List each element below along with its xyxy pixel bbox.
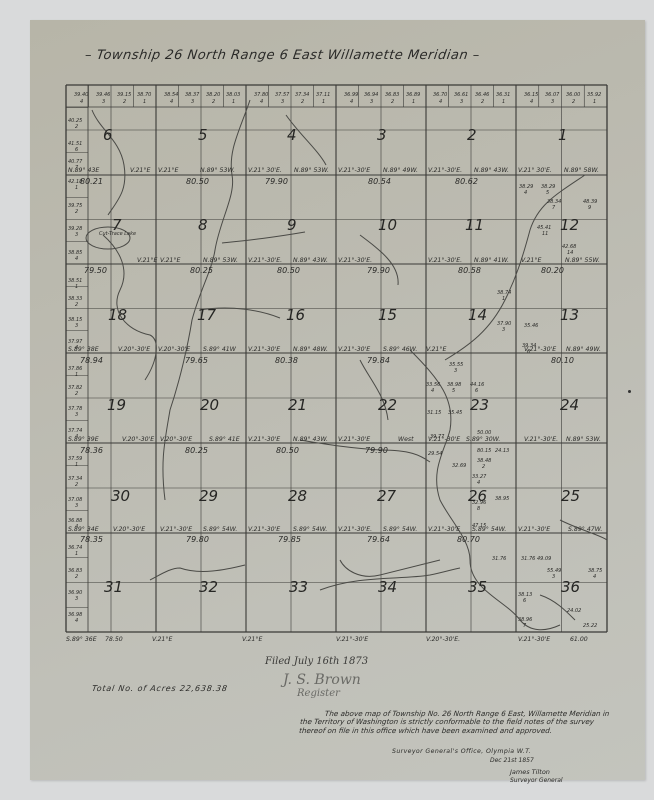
- lot-number: 2: [572, 99, 575, 105]
- river-lot-acreage: 31.15: [427, 410, 441, 416]
- lot-number: 1: [502, 99, 505, 105]
- pin-hole: [628, 390, 631, 393]
- lot-number: 4: [350, 99, 353, 105]
- section-number-32: 32: [199, 578, 218, 596]
- river-lot-number: 7: [552, 205, 556, 211]
- section-acreage: 79.50: [84, 266, 107, 275]
- line-bearing: V.21° 30'E.: [248, 166, 282, 174]
- line-bearing: N.89° 55W.: [565, 256, 600, 264]
- section-number-9: 9: [287, 216, 297, 234]
- lot-number: 3: [370, 99, 373, 105]
- line-bearing: V.20°-30'E: [158, 345, 190, 353]
- section-number-2: 2: [467, 126, 477, 144]
- line-bearing: V.21°-30'E: [338, 435, 370, 443]
- lot-number: 1: [232, 99, 235, 105]
- line-bearing: V.21°-30'E: [248, 525, 280, 533]
- lot-acreage: 36.61: [454, 92, 468, 98]
- lot-number: 1: [412, 99, 415, 105]
- lot-number: 1: [75, 284, 78, 290]
- line-bearing: N.89° 53W.: [200, 166, 235, 174]
- section-number-29: 29: [199, 487, 218, 505]
- section-acreage: 78.94: [80, 356, 103, 365]
- section-acreage: 78.35: [80, 535, 103, 544]
- section-acreage: 80.62: [455, 177, 478, 186]
- line-bearing: V.21°-30'E.: [524, 435, 558, 443]
- river-lot-acreage: 31.76: [521, 556, 535, 562]
- surveyor-general-name: James Tilton: [510, 768, 550, 776]
- section-number-16: 16: [286, 306, 305, 324]
- surveyor-office: Surveyor General's Office, Olympia W.T.: [392, 748, 531, 755]
- river-lot-number: 6: [527, 349, 530, 355]
- section-acreage: 79.64: [367, 535, 390, 544]
- section-acreage: 79.90: [265, 177, 288, 186]
- section-number-5: 5: [198, 126, 208, 144]
- lot-acreage: 39.15: [117, 92, 131, 98]
- lot-number: 1: [75, 551, 78, 557]
- section-number-25: 25: [561, 487, 580, 505]
- section-acreage: 80.50: [276, 446, 299, 455]
- line-bearing: N.89° 41W.: [474, 256, 509, 264]
- line-bearing: V.21°-30'E: [248, 345, 280, 353]
- section-acreage: 79.90: [367, 266, 390, 275]
- line-bearing: 61.00: [570, 636, 588, 643]
- line-bearing: N.89° 53W.: [294, 166, 329, 174]
- river-lot-number: 3: [502, 327, 505, 333]
- lot-acreage: 36.07: [545, 92, 560, 98]
- section-number-33: 33: [289, 578, 308, 596]
- section-number-34: 34: [378, 578, 397, 596]
- line-bearing: V.20°-30'E: [122, 435, 154, 443]
- lot-acreage: 37.57: [275, 92, 290, 98]
- lot-number: 2: [75, 391, 78, 397]
- lot-number: 4: [530, 99, 533, 105]
- section-acreage: 80.50: [277, 266, 300, 275]
- section-number-15: 15: [378, 306, 397, 324]
- section-number-13: 13: [560, 306, 579, 324]
- section-acreage: 80.20: [541, 266, 564, 275]
- section-number-17: 17: [197, 306, 217, 324]
- line-bearing: N.89° 49W.: [566, 345, 601, 353]
- line-bearing: S.89° 54W.: [293, 525, 327, 533]
- section-number-30: 30: [111, 487, 130, 505]
- line-bearing: V.21°E: [160, 256, 180, 264]
- line-bearing: V.20°-30'E: [113, 525, 145, 533]
- line-bearing: N.89° 53W.: [566, 435, 601, 443]
- line-bearing: V.21°E: [521, 256, 541, 264]
- line-bearing: V.21°-30'E: [338, 166, 370, 174]
- lot-acreage: 36.83: [385, 92, 399, 98]
- line-bearing: V.20°-30'E: [118, 345, 150, 353]
- river-lot-acreage: 32.69: [452, 463, 466, 469]
- certification-text: The above map of Township No. 26 North R…: [299, 710, 612, 735]
- lot-acreage: 37.11: [316, 92, 330, 98]
- section-acreage: 80.25: [190, 266, 213, 275]
- line-bearing: V.21°E: [137, 256, 157, 264]
- lot-number: 2: [301, 99, 304, 105]
- lot-number: 6: [75, 147, 78, 153]
- section-number-21: 21: [288, 396, 307, 414]
- line-bearing: V.21°-30'E.: [338, 256, 372, 264]
- lot-number: 3: [75, 503, 78, 509]
- river-lot-acreage: 50.00: [477, 430, 491, 436]
- lot-acreage: 36.15: [524, 92, 538, 98]
- line-bearing: S.89° 46W.: [383, 345, 417, 353]
- line-bearing: V.21°-30'E.: [428, 256, 462, 264]
- filed-date: Filed July 16th 1873: [265, 656, 368, 667]
- line-bearing: V.20°-30'E.: [426, 635, 460, 643]
- lot-number: 1: [322, 99, 325, 105]
- section-acreage: 79.65: [185, 356, 208, 365]
- river-lot-number: 6: [523, 598, 526, 604]
- river-lot-acreage: 24.13: [495, 448, 509, 454]
- lot-acreage: 39.46: [96, 92, 110, 98]
- section-acreage: 80.21: [80, 177, 103, 186]
- line-bearing: N.89° 43W.: [474, 166, 509, 174]
- line-bearing: S.89° 47W.: [568, 525, 602, 533]
- line-bearing: V.21°-30'E: [518, 525, 550, 533]
- lot-acreage: 38.70: [137, 92, 151, 98]
- lot-number: 4: [75, 256, 78, 262]
- lot-number: 2: [75, 574, 78, 580]
- lot-number: 2: [75, 302, 78, 308]
- section-acreage: 80.58: [458, 266, 481, 275]
- lot-acreage: 38.03: [226, 92, 240, 98]
- line-bearing: V.21°-30'E: [248, 435, 280, 443]
- lot-number: 1: [75, 372, 78, 378]
- line-bearing: N.89° 53W.: [203, 256, 238, 264]
- lot-acreage: 37.34: [295, 92, 309, 98]
- lot-acreage: 36.70: [433, 92, 447, 98]
- river-lot-number: 3: [552, 574, 555, 580]
- lot-number: 1: [143, 99, 146, 105]
- section-number-20: 20: [200, 396, 219, 414]
- section-number-12: 12: [560, 216, 579, 234]
- section-number-23: 23: [470, 396, 489, 414]
- lot-number: 2: [212, 99, 215, 105]
- lot-acreage: 38.37: [185, 92, 200, 98]
- section-number-27: 27: [377, 487, 397, 505]
- line-bearing: V.21°E: [426, 345, 446, 353]
- line-bearing: V.21°-30'E: [428, 525, 460, 533]
- lot-number: 2: [123, 99, 126, 105]
- line-bearing: V.21°E: [242, 635, 262, 643]
- lot-number: 2: [75, 124, 78, 130]
- lot-number: 1: [75, 185, 78, 191]
- lot-number: 2: [75, 482, 78, 488]
- section-number-8: 8: [198, 216, 208, 234]
- line-bearing: S.89° 30W.: [466, 435, 500, 443]
- line-bearing: N.89° 43W.: [293, 435, 328, 443]
- section-acreage: 79.85: [278, 535, 301, 544]
- lot-acreage: 35.92: [587, 92, 601, 98]
- lot-number: 4: [75, 618, 78, 624]
- lot-number: 4: [439, 99, 442, 105]
- line-bearing: V.20°-30'E: [160, 435, 192, 443]
- lot-acreage: 36.46: [475, 92, 489, 98]
- line-bearing: N.89° 43W.: [293, 256, 328, 264]
- lot-number: 4: [80, 99, 83, 105]
- section-acreage: 80.50: [186, 177, 209, 186]
- river-lot-number: 1: [502, 296, 505, 302]
- section-acreage: 79.90: [365, 446, 388, 455]
- line-bearing: V.21°E: [152, 635, 172, 643]
- line-bearing: S.89° 38E: [68, 345, 99, 353]
- lot-number: 3: [75, 323, 78, 329]
- lot-number: 2: [391, 99, 394, 105]
- lot-acreage: 36.89: [406, 92, 420, 98]
- lot-acreage: 38.54: [164, 92, 178, 98]
- river-lot-acreage: 80.15: [477, 448, 491, 454]
- section-number-4: 4: [287, 126, 297, 144]
- line-bearing: V.21°-30'E: [160, 525, 192, 533]
- river-lot-number: 6: [475, 388, 478, 394]
- lot-number: 1: [75, 462, 78, 468]
- lot-acreage: 36.31: [496, 92, 510, 98]
- river-lot-number: 4: [477, 480, 480, 486]
- lot-number: 3: [75, 412, 78, 418]
- section-acreage: 80.70: [457, 535, 480, 544]
- line-bearing: V.21°-30'E: [518, 635, 550, 643]
- section-acreage: 80.25: [185, 446, 208, 455]
- section-acreage: 80.54: [368, 177, 391, 186]
- register-signature: J. S. Brown: [283, 672, 361, 688]
- section-number-6: 6: [103, 126, 113, 144]
- river-lot-number: 11: [542, 231, 548, 237]
- section-acreage: 80.38: [275, 356, 298, 365]
- section-acreage: 78.36: [80, 446, 103, 455]
- section-number-1: 1: [558, 126, 568, 144]
- river-lot-acreage: 38.95: [495, 496, 509, 502]
- river-lot-acreage: 31.76: [492, 556, 506, 562]
- section-number-10: 10: [378, 216, 397, 234]
- river-lot-number: 4: [593, 574, 596, 580]
- section-number-36: 36: [561, 578, 580, 596]
- stream-line: [340, 560, 440, 576]
- line-bearing: S.89° 41E: [209, 435, 240, 443]
- lot-number: 2: [481, 99, 484, 105]
- section-number-22: 22: [378, 396, 397, 414]
- river-lot-number: 5: [546, 190, 549, 196]
- surveyor-general-title: Surveyor General: [510, 777, 563, 784]
- line-bearing: S.89° 34E: [68, 525, 99, 533]
- lot-number: 4: [170, 99, 173, 105]
- lot-acreage: 37.80: [254, 92, 268, 98]
- river-lot-number: 9: [588, 205, 591, 211]
- river-lot-acreage: 25.22: [583, 623, 597, 629]
- line-bearing: S.89° 54W.: [383, 525, 417, 533]
- section-number-31: 31: [104, 578, 123, 596]
- section-acreage: 79.84: [367, 356, 390, 365]
- line-bearing: V.21°E: [158, 166, 178, 174]
- section-number-18: 18: [108, 306, 127, 324]
- line-bearing: S.89° 39E: [68, 435, 99, 443]
- lot-acreage: 36.00: [566, 92, 580, 98]
- river-lot-number: 5: [452, 388, 455, 394]
- section-number-28: 28: [288, 487, 307, 505]
- section-acreage: 79.80: [186, 535, 209, 544]
- lot-number: 3: [102, 99, 105, 105]
- lot-number: 1: [593, 99, 596, 105]
- river-lot-number: 2: [482, 464, 485, 470]
- line-bearing: S.89° 41W: [203, 345, 237, 353]
- river-lot-number: 3: [454, 368, 457, 374]
- line-bearing: V.21°-30'E.: [248, 256, 282, 264]
- line-bearing: N.89° 48W.: [293, 345, 328, 353]
- register-title: Register: [297, 688, 340, 699]
- line-bearing: N.89° 49W.: [383, 166, 418, 174]
- river-lot-acreage: 35.46: [524, 323, 538, 329]
- river-lot-acreage: 39.77: [430, 434, 445, 440]
- section-number-35: 35: [468, 578, 487, 596]
- lot-number: 3: [551, 99, 554, 105]
- section-acreage: 80.10: [551, 356, 574, 365]
- section-number-19: 19: [107, 396, 126, 414]
- river-lot-number: 4: [524, 190, 527, 196]
- line-bearing: V.21°-30'E.: [428, 166, 462, 174]
- stream-line: [150, 565, 245, 580]
- line-bearing: S.89° 54W.: [203, 525, 237, 533]
- lot-number: 3: [281, 99, 284, 105]
- certification-date: Dec 21st 1857: [490, 757, 534, 764]
- section-number-14: 14: [468, 306, 487, 324]
- river-lot-number: 4: [431, 388, 434, 394]
- river-lot-acreage: 24.02: [567, 608, 581, 614]
- section-number-3: 3: [377, 126, 387, 144]
- line-bearing: S.89° 36E: [66, 635, 97, 643]
- lot-acreage: 38.20: [206, 92, 220, 98]
- river-lot-acreage: 49.09: [537, 556, 551, 562]
- line-bearing: West: [398, 435, 414, 443]
- line-bearing: V.21°E: [130, 166, 150, 174]
- line-bearing: V.21° 30'E.: [518, 166, 552, 174]
- line-bearing: V.21°-30'E.: [338, 525, 372, 533]
- lot-acreage: 36.94: [364, 92, 378, 98]
- river-lot-acreage: 29.54: [428, 451, 442, 457]
- line-bearing: N.89° 43E: [68, 166, 99, 174]
- river-lot-number: 14: [567, 250, 573, 256]
- line-bearing: V.21°-30'E: [338, 345, 370, 353]
- lot-number: 3: [75, 232, 78, 238]
- total-acres: Total No. of Acres 22,638.38: [91, 684, 228, 693]
- river-lot-number: 8: [477, 506, 480, 512]
- line-bearing: 78.50: [105, 636, 123, 643]
- section-number-11: 11: [465, 216, 484, 234]
- lot-acreage: 36.99: [344, 92, 358, 98]
- lot-number: 4: [260, 99, 263, 105]
- river-lot-acreage: 35.45: [448, 410, 462, 416]
- line-bearing: N.89° 58W.: [564, 166, 599, 174]
- river-lot-acreage: 47.15: [472, 523, 486, 529]
- lot-number: 2: [75, 209, 78, 215]
- lot-number: 3: [460, 99, 463, 105]
- lot-number: 3: [191, 99, 194, 105]
- lot-number: 3: [75, 596, 78, 602]
- lake-label: Cut-Trace Lake: [99, 231, 136, 237]
- lot-acreage: 39.40: [74, 92, 88, 98]
- line-bearing: V.21°-30'E: [336, 635, 368, 643]
- section-number-24: 24: [560, 396, 579, 414]
